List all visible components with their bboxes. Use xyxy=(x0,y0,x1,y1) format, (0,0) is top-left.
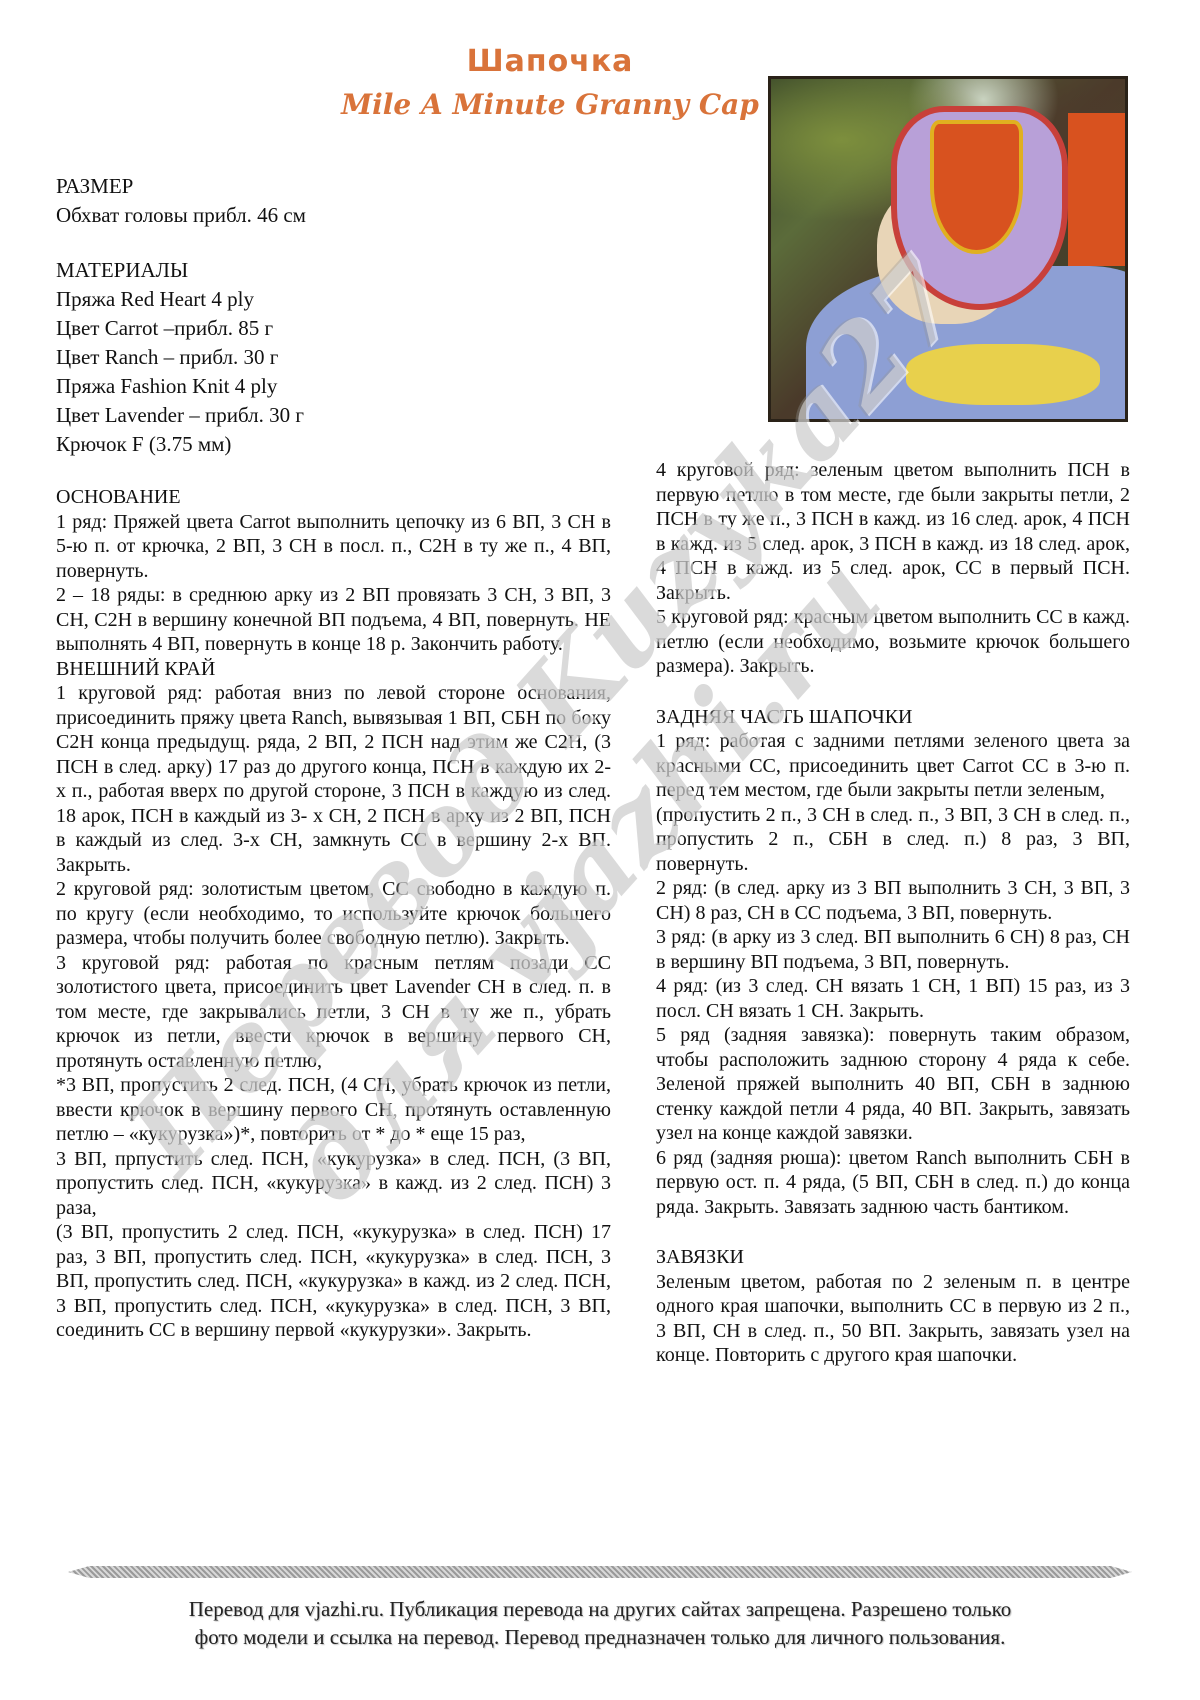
outer-edge-paragraph: 2 круговой ряд: золотистым цветом, СС св… xyxy=(56,877,611,951)
outer-edge-paragraph: 5 круговой ряд: красным цветом выполнить… xyxy=(656,605,1130,679)
page-title: Шапочка xyxy=(0,44,1100,79)
outer-edge-paragraph: *3 ВП, пропустить 2 след. ПСН, (4 СН, уб… xyxy=(56,1073,611,1147)
outer-edge-paragraph: (3 ВП, пропустить 2 след. ПСН, «кукурузк… xyxy=(56,1220,611,1343)
right-column: 4 круговой ряд: зеленым цветом выполнить… xyxy=(656,458,1130,1368)
footer-line: фото модели и ссылка на перевод. Перевод… xyxy=(0,1623,1200,1651)
materials-item: Цвет Lavender – прибл. 30 г xyxy=(56,401,611,430)
model-photo xyxy=(768,76,1128,422)
footer-divider xyxy=(68,1566,1132,1578)
ties-paragraph: Зеленым цветом, работая по 2 зеленым п. … xyxy=(656,1270,1130,1368)
back-paragraph: 4 ряд: (из 3 след. СН вязать 1 СН, 1 ВП)… xyxy=(656,974,1130,1023)
materials-heading: МАТЕРИАЛЫ xyxy=(56,256,611,285)
photo-hat xyxy=(891,106,1068,310)
materials-item: Крючок F (3.75 мм) xyxy=(56,430,611,459)
left-column: РАЗМЕР Обхват головы прибл. 46 см МАТЕРИ… xyxy=(56,172,611,1343)
photo-hat-center xyxy=(930,120,1022,254)
outer-edge-paragraph: 1 круговой ряд: работая вниз по левой ст… xyxy=(56,681,611,877)
base-paragraph: 2 – 18 ряды: в среднюю арку из 2 ВП пров… xyxy=(56,583,611,657)
base-heading: ОСНОВАНИЕ xyxy=(56,485,611,510)
size-heading: РАЗМЕР xyxy=(56,172,611,201)
back-paragraph: 2 ряд: (в след. арку из 3 ВП выполнить 3… xyxy=(656,876,1130,925)
back-paragraph: 6 ряд (задняя рюша): цветом Ranch выполн… xyxy=(656,1146,1130,1220)
back-paragraph: 5 ряд (задняя завязка): повернуть таким … xyxy=(656,1023,1130,1146)
ties-heading: ЗАВЯЗКИ xyxy=(656,1245,1130,1270)
photo-scarf xyxy=(906,344,1101,405)
base-paragraph: 1 ряд: Пряжей цвета Carrot выполнить цеп… xyxy=(56,510,611,584)
photo-hat-side xyxy=(1068,113,1128,266)
outer-edge-paragraph: 4 круговой ряд: зеленым цветом выполнить… xyxy=(656,458,1130,605)
outer-edge-paragraph: 3 ВП, прпустить след. ПСН, «кукурузка» в… xyxy=(56,1147,611,1221)
materials-item: Цвет Ranch – прибл. 30 г xyxy=(56,343,611,372)
materials-item: Пряжа Fashion Knit 4 ply xyxy=(56,372,611,401)
materials-item: Цвет Carrot –прибл. 85 г xyxy=(56,314,611,343)
back-paragraph: (пропустить 2 п., 3 СН в след. п., 3 ВП,… xyxy=(656,803,1130,877)
materials-item: Пряжа Red Heart 4 ply xyxy=(56,285,611,314)
footer-notice: Перевод для vjazhi.ru. Публикация перево… xyxy=(0,1595,1200,1651)
back-paragraph: 3 ряд: (в арку из 3 след. ВП выполнить 6… xyxy=(656,925,1130,974)
size-text: Обхват головы прибл. 46 см xyxy=(56,201,611,230)
back-paragraph: 1 ряд: работая с задними петлями зеленог… xyxy=(656,729,1130,803)
outer-edge-paragraph: 3 круговой ряд: работая по красным петля… xyxy=(56,951,611,1074)
back-heading: ЗАДНЯЯ ЧАСТЬ ШАПОЧКИ xyxy=(656,705,1130,730)
footer-line: Перевод для vjazhi.ru. Публикация перево… xyxy=(0,1595,1200,1623)
outer-edge-heading: ВНЕШНИЙ КРАЙ xyxy=(56,657,611,682)
